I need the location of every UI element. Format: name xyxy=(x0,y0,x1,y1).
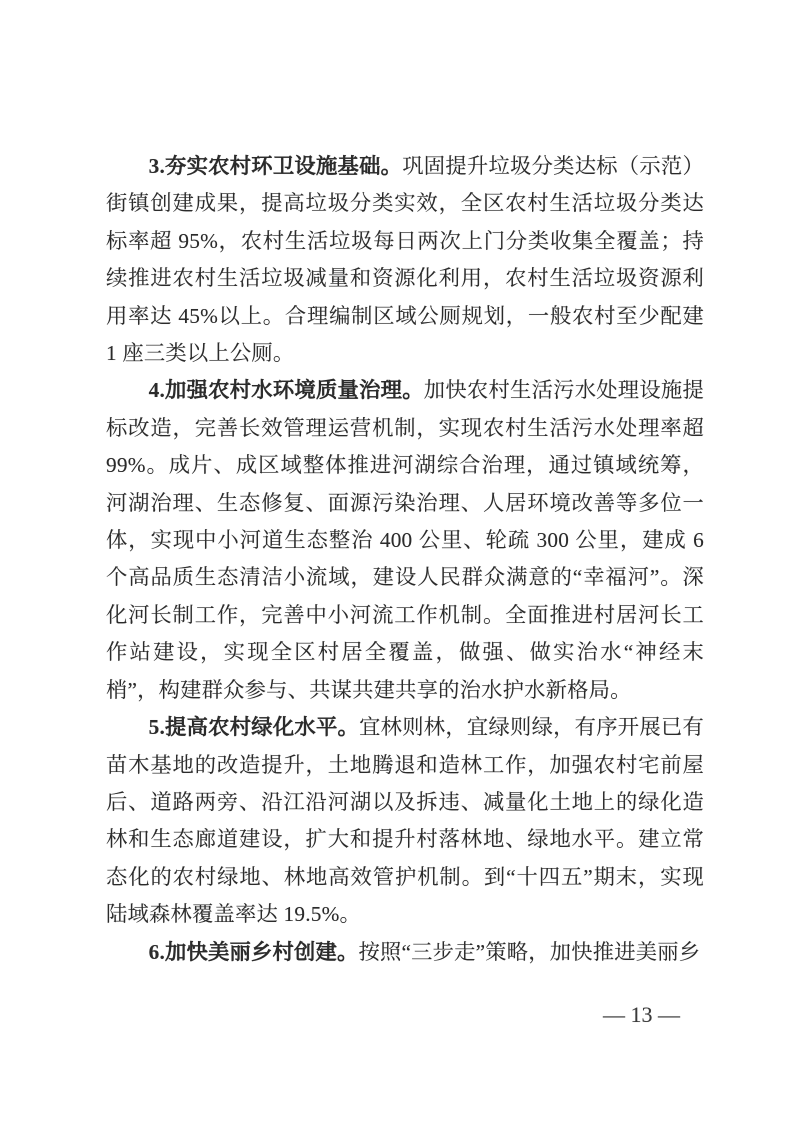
paragraph-5-heading: 5.提高农村绿化水平。 xyxy=(149,715,359,739)
paragraph-6: 6.加快美丽乡村创建。按照“三步走”策略，加快推进美丽乡 xyxy=(106,934,704,971)
paragraph-4: 4.加强农村水环境质量治理。加快农村生活污水处理设施提标改造，完善长效管理运营机… xyxy=(106,372,704,709)
paragraph-6-heading: 6.加快美丽乡村创建。 xyxy=(149,940,359,964)
paragraph-5: 5.提高农村绿化水平。宜林则林，宜绿则绿，有序开展已有苗木基地的改造提升，土地腾… xyxy=(106,709,704,933)
paragraph-5-text: 宜林则林，宜绿则绿，有序开展已有苗木基地的改造提升，土地腾退和造林工作，加强农村… xyxy=(106,715,704,926)
paragraph-6-text: 按照“三步走”策略，加快推进美丽乡 xyxy=(358,940,700,964)
paragraph-3-heading: 3.夯实农村环卫设施基础。 xyxy=(149,154,403,178)
page-number: — 13 — xyxy=(603,1002,680,1027)
document-body: 3.夯实农村环卫设施基础。巩固提升垃圾分类达标（示范）街镇创建成果，提高垃圾分类… xyxy=(106,148,704,971)
paragraph-3: 3.夯实农村环卫设施基础。巩固提升垃圾分类达标（示范）街镇创建成果，提高垃圾分类… xyxy=(106,148,704,372)
paragraph-4-text: 加快农村生活污水处理设施提标改造，完善长效管理运营机制，实现农村生活污水处理率超… xyxy=(106,378,704,701)
paragraph-3-text: 巩固提升垃圾分类达标（示范）街镇创建成果，提高垃圾分类实效，全区农村生活垃圾分类… xyxy=(106,154,704,365)
paragraph-4-heading: 4.加强农村水环境质量治理。 xyxy=(149,378,424,402)
page-footer: — 13 — xyxy=(603,1000,680,1030)
scanned-document-page: 3.夯实农村环卫设施基础。巩固提升垃圾分类达标（示范）街镇创建成果，提高垃圾分类… xyxy=(0,0,800,1131)
